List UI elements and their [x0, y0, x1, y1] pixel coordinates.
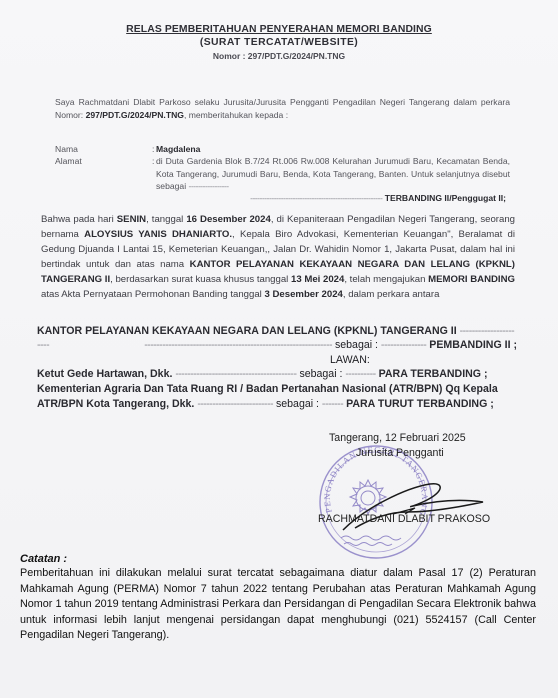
body-text: , dalam perkara antara [343, 289, 440, 300]
alamat-dots: ----------------- [189, 181, 229, 191]
body-date-2: 13 Mei 2024 [291, 274, 344, 285]
sebagai-label: sebagai : [299, 368, 342, 380]
body-date-3: 3 Desember 2024 [264, 289, 342, 300]
dots: ----------------------------------------… [144, 339, 332, 351]
body-day: SENIN [117, 214, 146, 225]
signature-title: Jurusita Pengganti [356, 446, 444, 460]
co-respondent-line-2: ATR/BPN Kota Tangerang, Dkk. -----------… [37, 397, 517, 411]
dots: --------------- [381, 339, 426, 351]
appellant-name: KANTOR PELAYANAN KEKAYAAN NEGARA DAN LEL… [37, 325, 457, 337]
dots: ---------------------------------------- [175, 368, 296, 380]
body-text: atas Akta Pernyataan Permohonan Banding … [41, 289, 264, 300]
co-respondent-role: PARA TURUT TERBANDING ; [346, 398, 494, 410]
recipient-role: TERBANDING II/Penggugat II; [385, 193, 506, 203]
document-title: RELAS PEMBERITAHUAN PENYERAHAN MEMORI BA… [0, 24, 558, 35]
respondent-name: Ketut Gede Hartawan, Dkk. [37, 368, 172, 380]
signature-place-date: Tangerang, 12 Februari 2025 [329, 431, 466, 445]
body-text: , tanggal [146, 214, 186, 225]
recipient-role-line: ----------------------------------------… [156, 192, 506, 205]
role-dots: ----------------------------------------… [250, 193, 382, 203]
main-paragraph: Bahwa pada hari SENIN, tanggal 16 Desemb… [41, 212, 515, 302]
alamat-colon: : [152, 155, 154, 168]
body-text: Bahwa pada hari [41, 214, 117, 225]
document-subtitle: (SURAT TERCATAT/WEBSITE) [0, 37, 558, 48]
note-title: Catatan : [20, 553, 67, 565]
intro-case-number: 297/PDT.G/2024/PN.TNG [86, 110, 184, 120]
nama-label: Nama [55, 143, 115, 156]
body-date-1: 16 Desember 2024 [186, 214, 270, 225]
alamat-value: di Duta Gardenia Blok B.7/24 Rt.006 Rw.0… [156, 155, 510, 193]
body-text: , telah mengajukan [344, 274, 428, 285]
co-respondent-name: Kementerian Agraria Dan Tata Ruang RI / … [37, 383, 498, 395]
signature-scribble-icon [335, 478, 495, 538]
dots: ---------- [345, 368, 375, 380]
appellant-role-line: ----------------------------------------… [37, 338, 517, 352]
case-number: Nomor : 297/PDT.G/2024/PN.TNG [0, 51, 558, 61]
body-document: MEMORI BANDING [428, 274, 515, 285]
respondent-line: Ketut Gede Hartawan, Dkk. --------------… [37, 367, 517, 381]
body-person: ALOYSIUS YANIS DHANIARTO. [84, 229, 232, 240]
respondent-role: PARA TERBANDING ; [379, 368, 488, 380]
co-respondent-name-2: ATR/BPN Kota Tangerang, Dkk. [37, 398, 194, 410]
signatory-name: RACHMATDANI DLABIT PRAKOSO [318, 512, 490, 526]
dots: ------- [322, 398, 343, 410]
appellant-role: PEMBANDING II ; [429, 339, 517, 351]
document-page: RELAS PEMBERITAHUAN PENYERAHAN MEMORI BA… [0, 0, 558, 698]
intro-paragraph: Saya Rachmatdani Dlabit Parkoso selaku J… [55, 96, 510, 121]
nama-colon: : [152, 143, 154, 156]
versus-label: LAWAN: [330, 353, 370, 367]
intro-text-end: , memberitahukan kepada : [184, 110, 288, 120]
dots: ------------------------- [197, 398, 273, 410]
sebagai-label: sebagai : [276, 398, 319, 410]
alamat-label: Alamat [55, 155, 115, 168]
sebagai-label: sebagai : [335, 339, 378, 351]
body-text: , berdasarkan surat kuasa khusus tanggal [110, 274, 291, 285]
nama-value: Magdalena [156, 143, 510, 156]
co-respondent-line-1: Kementerian Agraria Dan Tata Ruang RI / … [37, 382, 517, 396]
note-body: Pemberitahuan ini dilakukan melalui sura… [20, 566, 536, 644]
